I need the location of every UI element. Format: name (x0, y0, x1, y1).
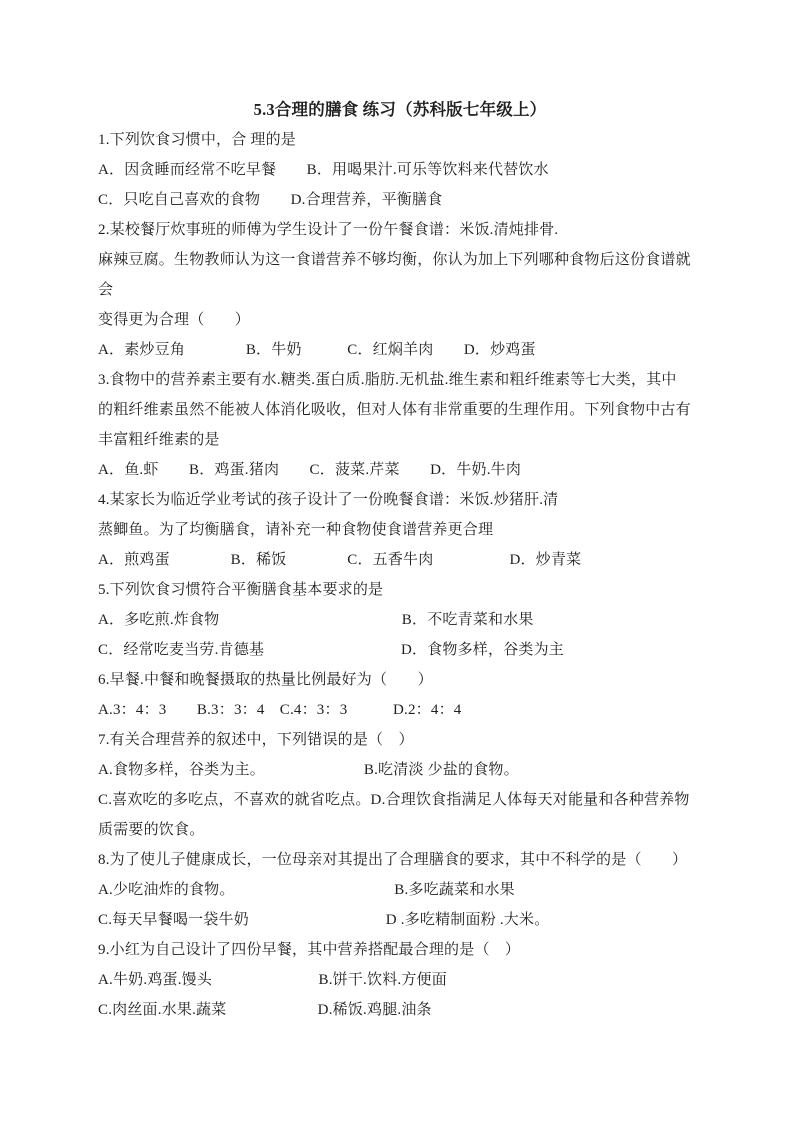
q9-stem: 9.小红为自己设计了四份早餐，其中营养搭配最合理的是（ ） (0, 935, 800, 965)
q7-stem: 7.有关合理营养的叙述中，下列错误的是（ ） (0, 725, 800, 755)
worksheet-page: 5.3合理的膳食 练习（苏科版七年级上） 1.下列饮食习惯中，合 理的是 A．因… (0, 0, 800, 1132)
q2-stem-line-4: 变得更为合理（ ） (0, 305, 800, 335)
q4-stem-line-1: 4.某家长为临近学业考试的孩子设计了一份晚餐食谱：米饭.炒猪肝.清 (0, 485, 800, 515)
q3-stem-line-3: 丰富粗纤维素的是 (0, 425, 800, 455)
q4-stem-line-2: 蒸鲫鱼。为了均衡膳食，请补充一种食物使食谱营养更合理 (0, 515, 800, 545)
q8-options-cd: C.每天早餐喝一袋牛奶 D .多吃精制面粉 .大米。 (0, 905, 800, 935)
q3-options: A．鱼.虾 B．鸡蛋.猪肉 C．菠菜.芹菜 D．牛奶.牛肉 (0, 455, 800, 485)
q4-options: A．煎鸡蛋 B．稀饭 C．五香牛肉 D．炒青菜 (0, 545, 800, 575)
worksheet-title: 5.3合理的膳食 练习（苏科版七年级上） (0, 95, 800, 125)
q9-options-cd: C.肉丝面.水果.蔬菜 D.稀饭.鸡腿.油条 (0, 995, 800, 1025)
q1-options-ab: A．因贪睡而经常不吃早餐 B．用喝果汁.可乐等饮料来代替饮水 (0, 155, 800, 185)
q2-options: A．素炒豆角 B．牛奶 C．红焖羊肉 D．炒鸡蛋 (0, 335, 800, 365)
q7-options-cd-line-1: C.喜欢吃的多吃点，不喜欢的就省吃点。D.合理饮食指满足人体每天对能量和各种营养… (0, 785, 800, 815)
q2-stem-line-2: 麻辣豆腐。生物教师认为这一食谱营养不够均衡，你认为加上下列哪种食物后这份食谱就 (0, 245, 800, 275)
q3-stem-line-2: 的粗纤维素虽然不能被人体消化吸收，但对人体有非常重要的生理作用。下列食物中古有 (0, 395, 800, 425)
q2-stem-line-3: 会 (0, 275, 800, 305)
q6-stem: 6.早餐.中餐和晚餐摄取的热量比例最好为（ ） (0, 665, 800, 695)
q8-options-ab: A.少吃油炸的食物。 B.多吃蔬菜和水果 (0, 875, 800, 905)
q6-options: A.3：4：3 B.3：3：4 C.4：3：3 D.2：4：4 (0, 695, 800, 725)
q5-options-ab: A．多吃煎.炸食物 B．不吃青菜和水果 (0, 605, 800, 635)
q5-stem: 5.下列饮食习惯符合平衡膳食基本要求的是 (0, 575, 800, 605)
q3-stem-line-1: 3.食物中的营养素主要有水.糖类.蛋白质.脂肪.无机盐.维生素和粗纤维素等七大类… (0, 365, 800, 395)
q7-options-ab: A.食物多样，谷类为主。 B.吃清淡 少盐的食物。 (0, 755, 800, 785)
q1-stem: 1.下列饮食习惯中，合 理的是 (0, 125, 800, 155)
q7-options-cd-line-2: 质需要的饮食。 (0, 815, 800, 845)
q8-stem: 8.为了使儿子健康成长，一位母亲对其提出了合理膳食的要求，其中不科学的是（ ） (0, 845, 800, 875)
q1-options-cd: C．只吃自己喜欢的食物 D.合理营养，平衡膳食 (0, 185, 800, 215)
q5-options-cd: C．经常吃麦当劳.肯德基 D．食物多样，谷类为主 (0, 635, 800, 665)
q2-stem-line-1: 2.某校餐厅炊事班的师傅为学生设计了一份午餐食谱：米饭.清炖排骨. (0, 215, 800, 245)
q9-options-ab: A.牛奶.鸡蛋.馒头 B.饼干.饮料.方便面 (0, 965, 800, 995)
